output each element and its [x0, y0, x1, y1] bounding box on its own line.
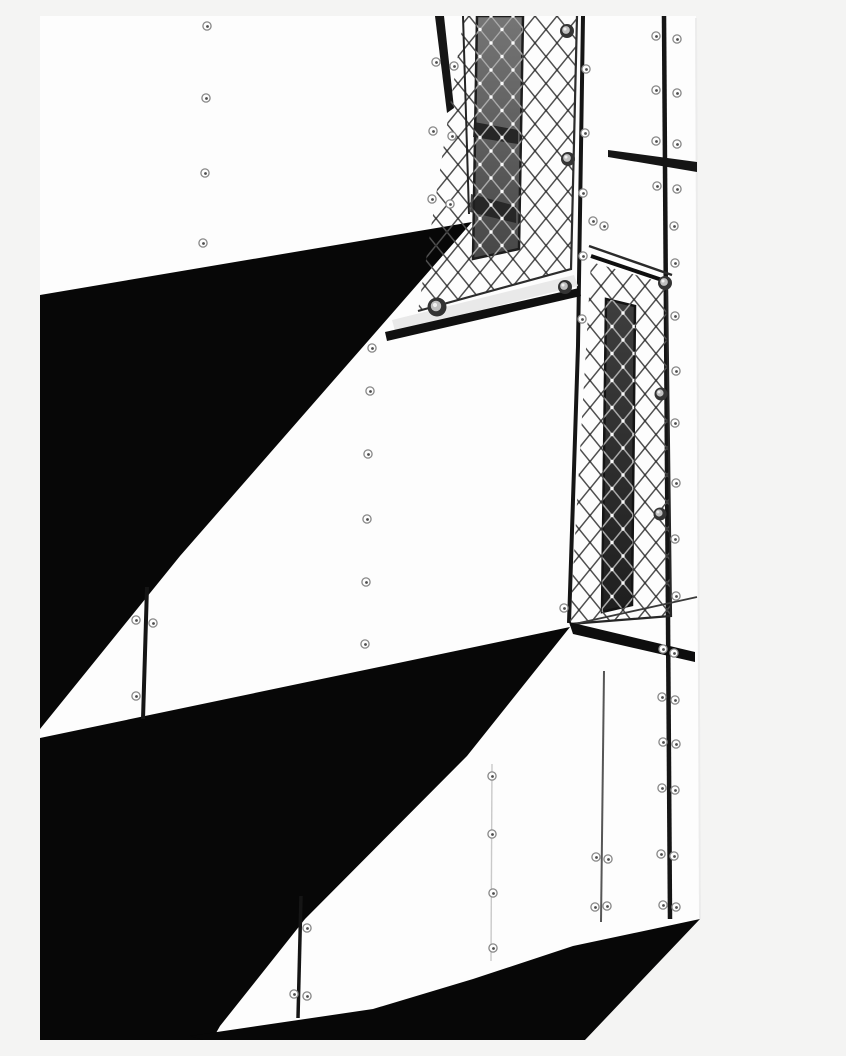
bolt: [563, 27, 566, 30]
rivet: [606, 905, 609, 908]
rivet: [674, 538, 677, 541]
rivet: [673, 652, 676, 655]
rivet: [676, 143, 679, 146]
bolt: [561, 283, 564, 286]
rivet: [293, 993, 296, 996]
rivet: [607, 858, 610, 861]
rivet: [675, 906, 678, 909]
rivet: [135, 695, 138, 698]
rivet: [674, 262, 677, 265]
rivet: [676, 188, 679, 191]
rivet: [431, 198, 434, 201]
rivet: [655, 140, 658, 143]
rivet: [675, 482, 678, 485]
rivet: [661, 696, 664, 699]
rivet: [662, 904, 665, 907]
rivet: [595, 856, 598, 859]
bolt: [658, 391, 661, 394]
rivet: [449, 203, 452, 206]
rivet: [435, 61, 438, 64]
rivet: [202, 242, 205, 245]
bolt: [433, 303, 437, 307]
rivet: [491, 775, 494, 778]
rivet: [306, 995, 309, 998]
rivet: [674, 315, 677, 318]
rivet: [673, 225, 676, 228]
rivet: [676, 92, 679, 95]
rivet: [661, 787, 664, 790]
rivet: [492, 947, 495, 950]
rivet: [594, 906, 597, 909]
rivet: [152, 622, 155, 625]
photo-canvas: High-contrast monochrome photograph of a…: [40, 16, 846, 1040]
rivet: [673, 855, 676, 858]
rivet: [306, 927, 309, 930]
rivet: [675, 595, 678, 598]
rivet: [204, 172, 207, 175]
rivet: [432, 130, 435, 133]
rivet: [582, 255, 585, 258]
rivet: [674, 789, 677, 792]
rivet: [674, 422, 677, 425]
bolt: [661, 279, 664, 282]
rivet: [676, 38, 679, 41]
rivet: [662, 741, 665, 744]
rivet: [453, 65, 456, 68]
rivet: [674, 699, 677, 702]
rivet: [367, 453, 370, 456]
rivet: [662, 648, 665, 651]
rivet: [205, 97, 208, 100]
facade-photograph: High-contrast monochrome photograph of a…: [40, 16, 846, 1040]
rivet: [369, 390, 372, 393]
rivet: [491, 833, 494, 836]
rivet: [206, 25, 209, 28]
rivet: [660, 853, 663, 856]
rivet: [364, 643, 367, 646]
rivet: [656, 185, 659, 188]
rivet: [655, 89, 658, 92]
rivet: [675, 743, 678, 746]
rivet: [371, 347, 374, 350]
bolt: [564, 155, 567, 158]
rivet: [563, 607, 566, 610]
rivet: [581, 318, 584, 321]
rivet: [655, 35, 658, 38]
bolt: [657, 511, 660, 514]
rivet: [135, 619, 138, 622]
rivet: [582, 192, 585, 195]
rivet: [492, 892, 495, 895]
rivet: [603, 225, 606, 228]
rivet: [451, 135, 454, 138]
rivet: [592, 220, 595, 223]
rivet: [366, 518, 369, 521]
rivet: [675, 370, 678, 373]
rivet: [584, 132, 587, 135]
rivet: [585, 68, 588, 71]
rivet: [365, 581, 368, 584]
